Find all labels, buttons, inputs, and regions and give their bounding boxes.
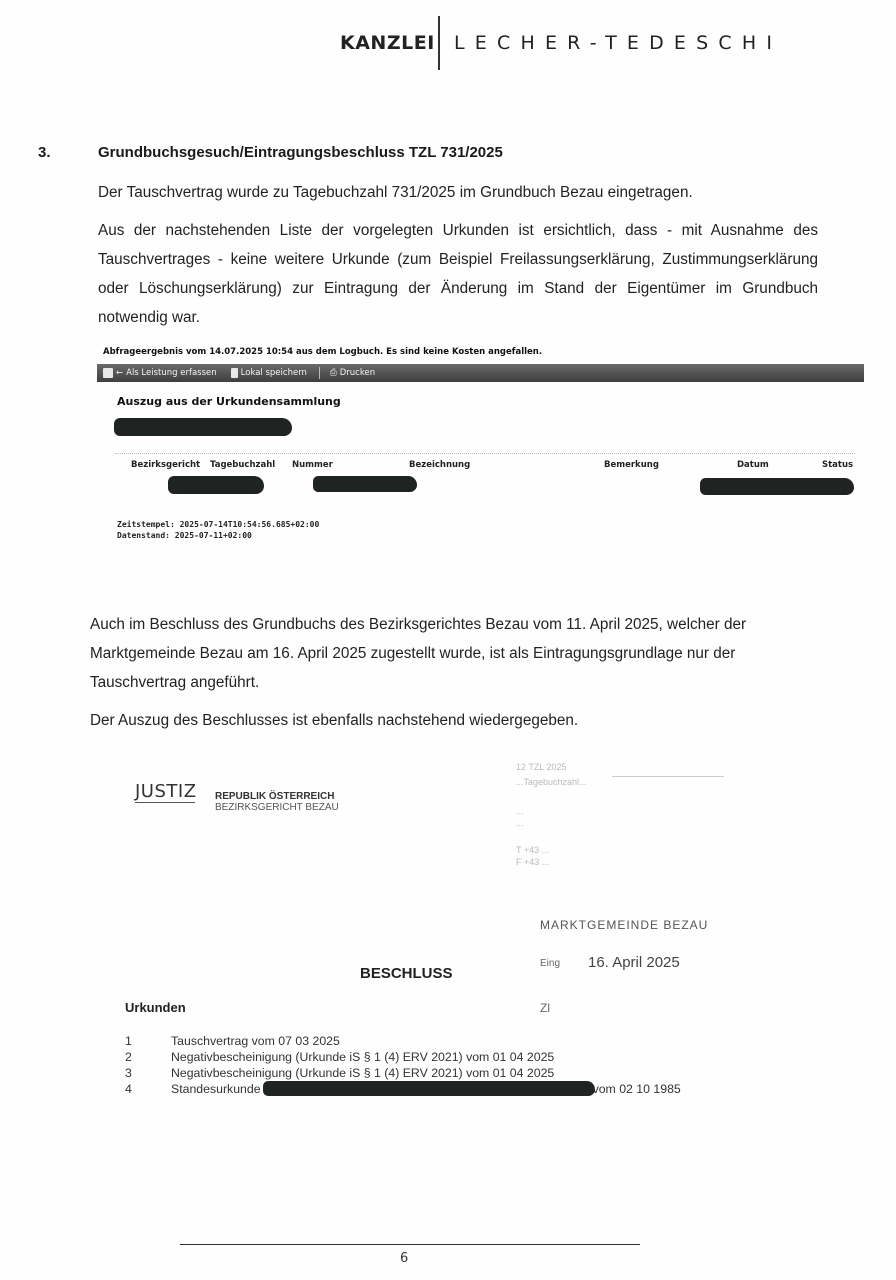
list-item-number: 2 bbox=[125, 1049, 171, 1065]
column-header-datum: Datum bbox=[737, 460, 769, 470]
justiz-logo: JUSTIZ bbox=[135, 781, 197, 802]
column-header-nummer: Nummer bbox=[292, 460, 333, 470]
paragraph-auszug: Der Auszug des Beschlusses ist ebenfalls… bbox=[90, 706, 810, 735]
zeitstempel: Zeitstempel: 2025-07-14T10:54:56.685+02:… bbox=[117, 520, 319, 529]
letterhead-kanzlei: KANZLEI bbox=[340, 32, 435, 54]
footer-rule bbox=[180, 1244, 640, 1245]
urkunden-list: 1 Tauschvertrag vom 07 03 2025 2 Negativ… bbox=[125, 1033, 681, 1097]
column-header-tagebuchzahl: Tagebuchzahl bbox=[210, 460, 275, 470]
list-item-number: 3 bbox=[125, 1065, 171, 1081]
column-header-bezirksgericht: Bezirksgericht bbox=[131, 460, 200, 470]
stamp-eing-label: Eing bbox=[540, 958, 560, 969]
query-result-caption: Abfrageergebnis vom 14.07.2025 10:54 aus… bbox=[103, 347, 542, 357]
column-header-bezeichnung: Bezeichnung bbox=[409, 460, 470, 470]
excerpt-toolbar: ← Als Leistung erfassen Lokal speichern … bbox=[97, 364, 864, 382]
list-item: 4 Standesurkunde vom 02 10 1985 bbox=[125, 1081, 681, 1097]
toolbar-label: Lokal speichern bbox=[241, 368, 307, 378]
list-item-text: vom 02 10 1985 bbox=[593, 1081, 681, 1097]
redaction-bar bbox=[263, 1081, 595, 1096]
list-item-number: 1 bbox=[125, 1033, 171, 1049]
court-label: BEZIRKSGERICHT BEZAU bbox=[215, 802, 339, 813]
disk-icon bbox=[231, 368, 238, 378]
printer-icon: ⎙ bbox=[330, 368, 337, 378]
datenstand: Datenstand: 2025-07-11+02:00 bbox=[117, 531, 252, 540]
list-item-number: 4 bbox=[125, 1081, 171, 1097]
faint-text: T +43 ... bbox=[516, 845, 549, 855]
urkunden-heading: Urkunden bbox=[125, 1000, 186, 1015]
logo-underline bbox=[135, 802, 195, 803]
paragraph-urkunden-liste: Aus der nachstehenden Liste der vorgeleg… bbox=[98, 216, 818, 332]
faint-text: ...Tagebuchzahl... bbox=[516, 777, 587, 787]
list-item: 3 Negativbescheinigung (Urkunde iS § 1 (… bbox=[125, 1065, 681, 1081]
redaction-bar bbox=[114, 418, 292, 436]
list-item: 1 Tauschvertrag vom 07 03 2025 bbox=[125, 1033, 681, 1049]
redaction-bar bbox=[168, 476, 264, 494]
stamp-date: 16. April 2025 bbox=[588, 954, 680, 971]
faint-text: ... bbox=[516, 818, 524, 828]
paragraph-beschluss: Auch im Beschluss des Grundbuchs des Bez… bbox=[90, 610, 810, 697]
list-item-text: Tauschvertrag vom 07 03 2025 bbox=[171, 1033, 340, 1049]
paragraph-tauschvertrag: Der Tauschvertrag wurde zu Tagebuchzahl … bbox=[98, 178, 818, 207]
faint-text: F +43 ... bbox=[516, 857, 549, 867]
letterhead-firm-name: LECHER-TEDESCHI bbox=[454, 32, 782, 54]
faint-text: ... bbox=[516, 806, 524, 816]
excerpt-title: Auszug aus der Urkundensammlung bbox=[117, 395, 341, 408]
beschluss-heading: BESCHLUSS bbox=[360, 965, 453, 982]
toolbar-lokal-speichern[interactable]: Lokal speichern bbox=[231, 368, 307, 378]
redaction-bar bbox=[313, 476, 417, 492]
redaction-bar bbox=[700, 478, 854, 495]
faint-text: 12 TZL 2025 bbox=[516, 762, 567, 772]
page-number: 6 bbox=[400, 1251, 408, 1266]
stamp-marktgemeinde: MARKTGEMEINDE BEZAU bbox=[540, 918, 708, 932]
list-item-text: Negativbescheinigung (Urkunde iS § 1 (4)… bbox=[171, 1049, 554, 1065]
section-number: 3. bbox=[38, 144, 51, 161]
toolbar-separator bbox=[319, 367, 320, 379]
toolbar-label: Als Leistung erfassen bbox=[126, 368, 217, 378]
arrow-left-icon: ← bbox=[116, 368, 123, 378]
toolbar-drucken[interactable]: ⎙ Drucken bbox=[330, 368, 375, 378]
list-item: 2 Negativbescheinigung (Urkunde iS § 1 (… bbox=[125, 1049, 681, 1065]
column-header-bemerkung: Bemerkung bbox=[604, 460, 659, 470]
republic-label: REPUBLIK ÖSTERREICH bbox=[215, 791, 334, 802]
faint-rule bbox=[612, 776, 724, 777]
toolbar-als-leistung-erfassen[interactable]: ← Als Leistung erfassen bbox=[103, 368, 217, 378]
save-icon bbox=[103, 368, 113, 378]
column-header-status: Status bbox=[822, 460, 853, 470]
toolbar-label: Drucken bbox=[340, 368, 375, 378]
table-divider bbox=[115, 453, 855, 454]
list-item-text: Negativbescheinigung (Urkunde iS § 1 (4)… bbox=[171, 1065, 554, 1081]
section-title: Grundbuchsgesuch/Eintragungsbeschluss TZ… bbox=[98, 144, 503, 161]
letterhead-divider bbox=[438, 16, 440, 70]
list-item-text: Standesurkunde bbox=[171, 1081, 261, 1097]
stamp-zl: Zl bbox=[540, 1001, 550, 1015]
